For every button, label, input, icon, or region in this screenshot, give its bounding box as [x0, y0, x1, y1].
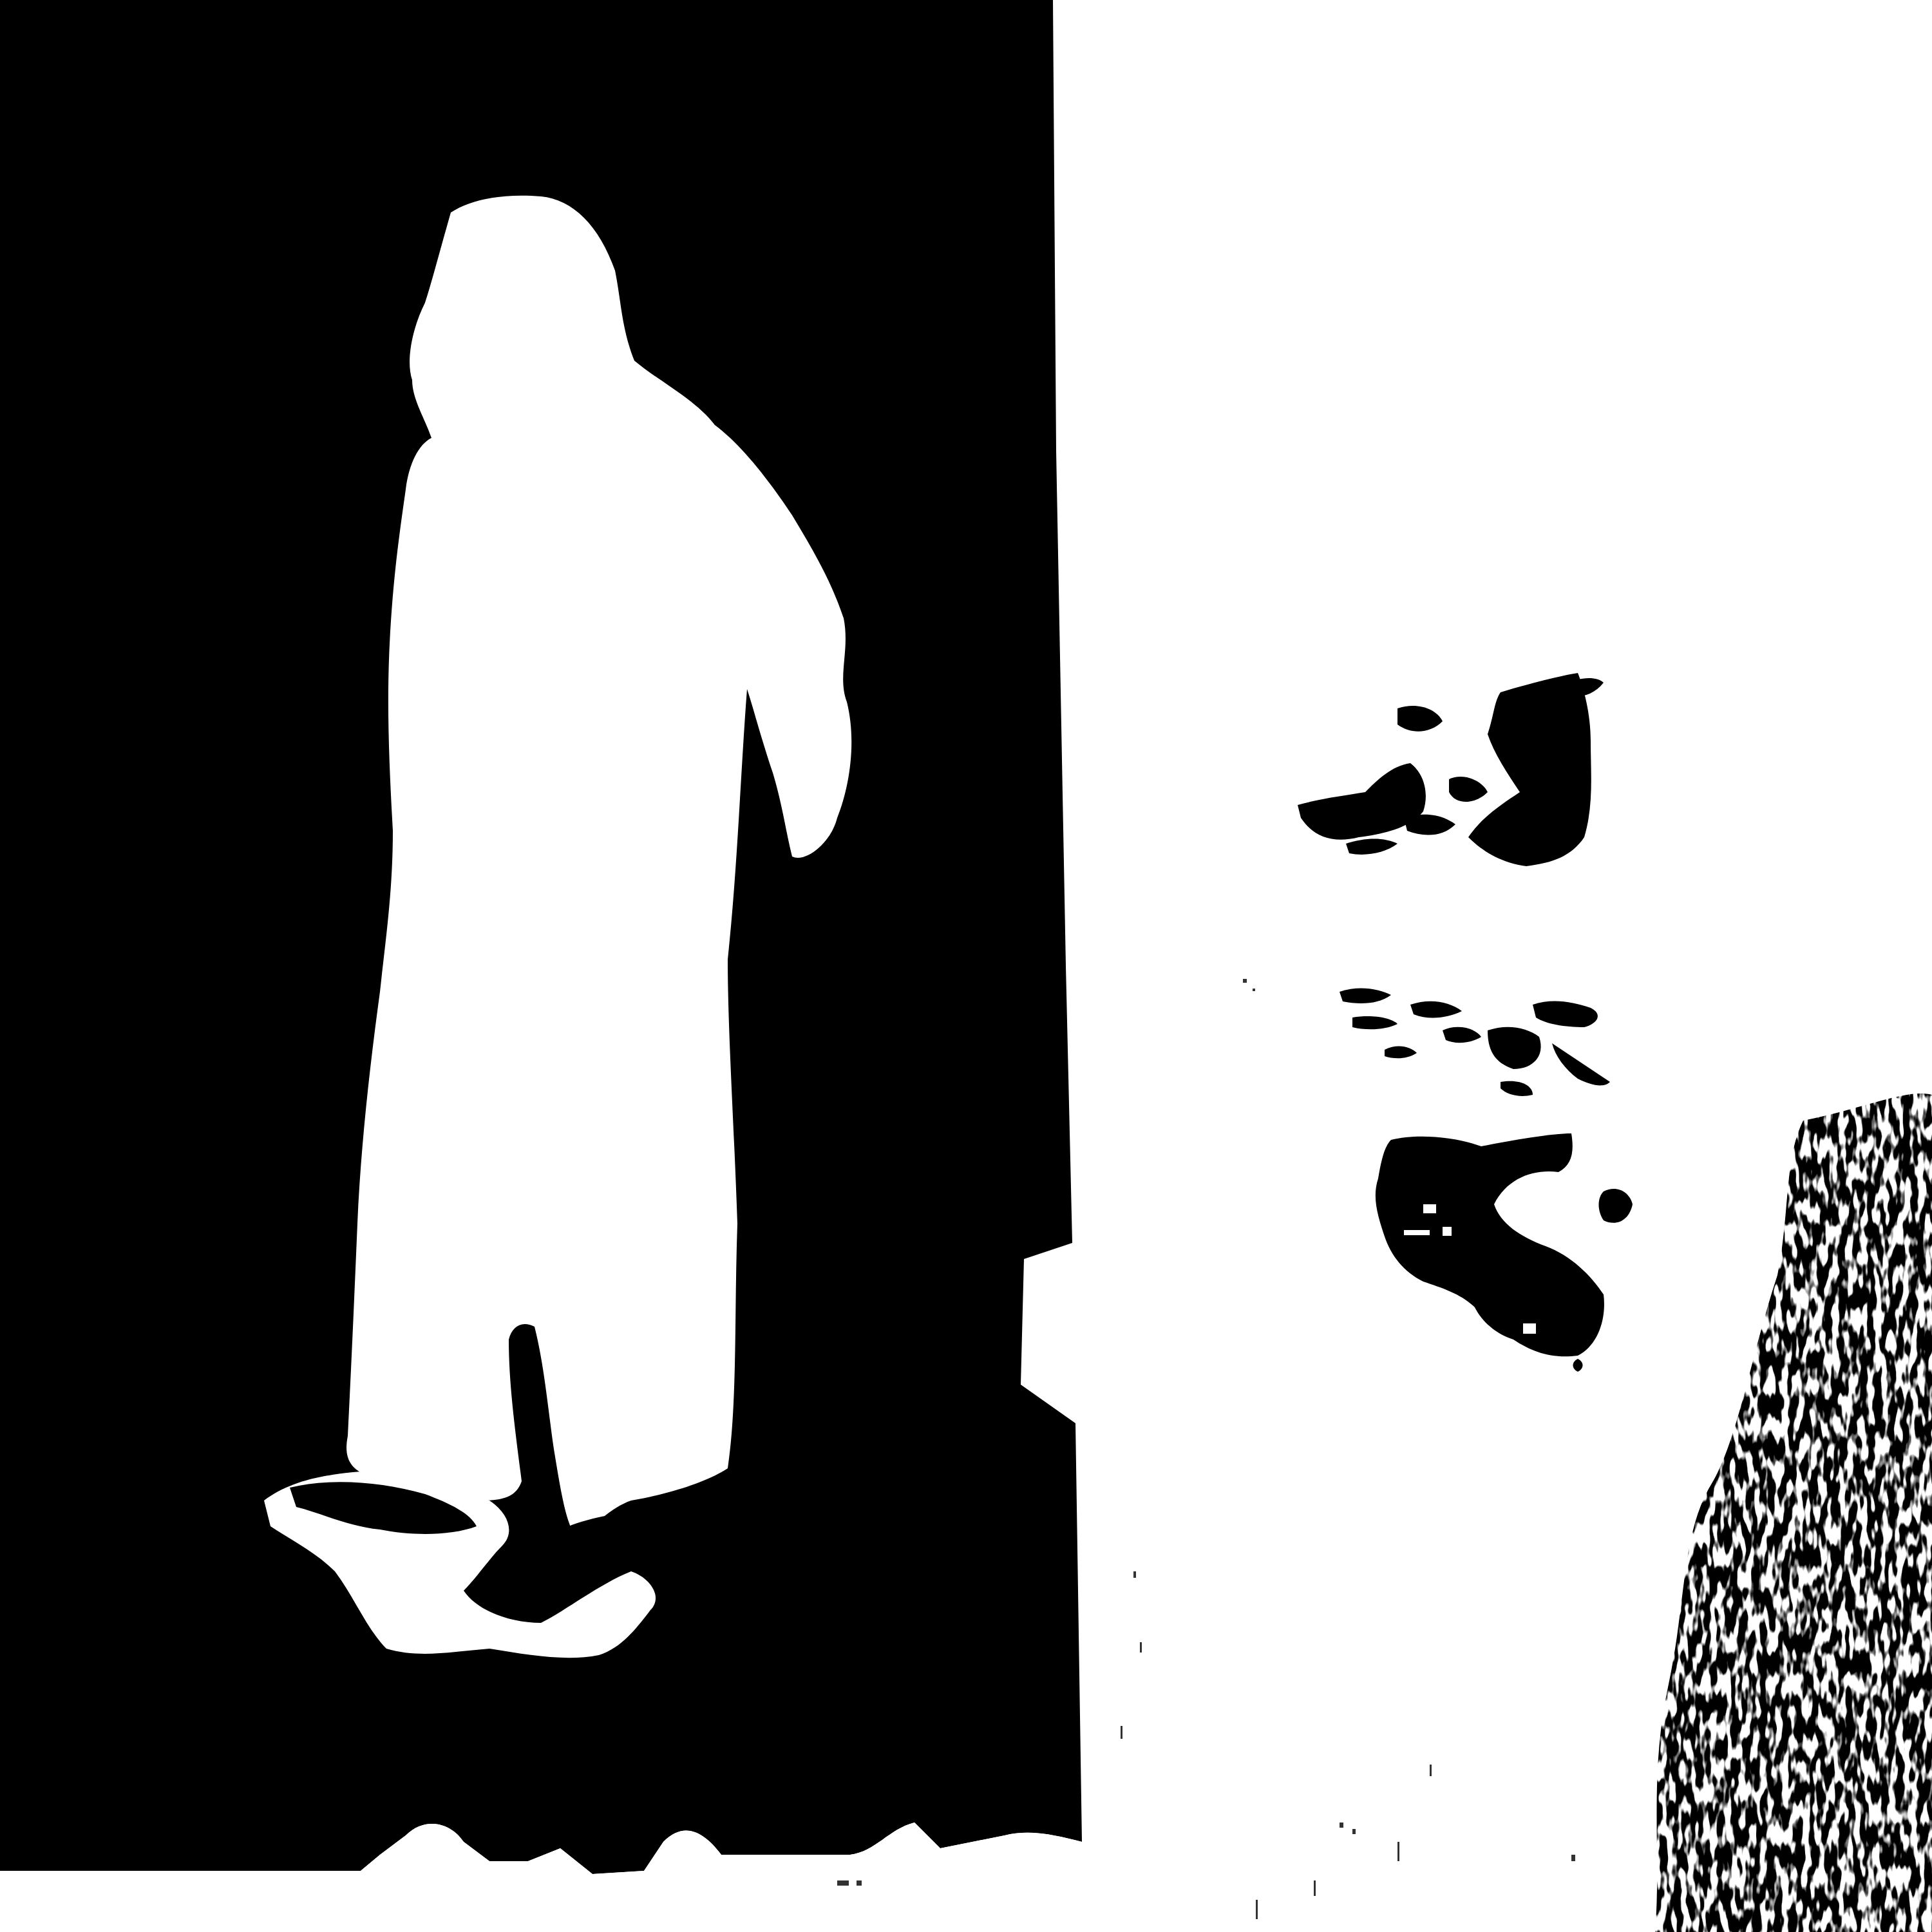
binary-image — [0, 0, 1932, 1932]
